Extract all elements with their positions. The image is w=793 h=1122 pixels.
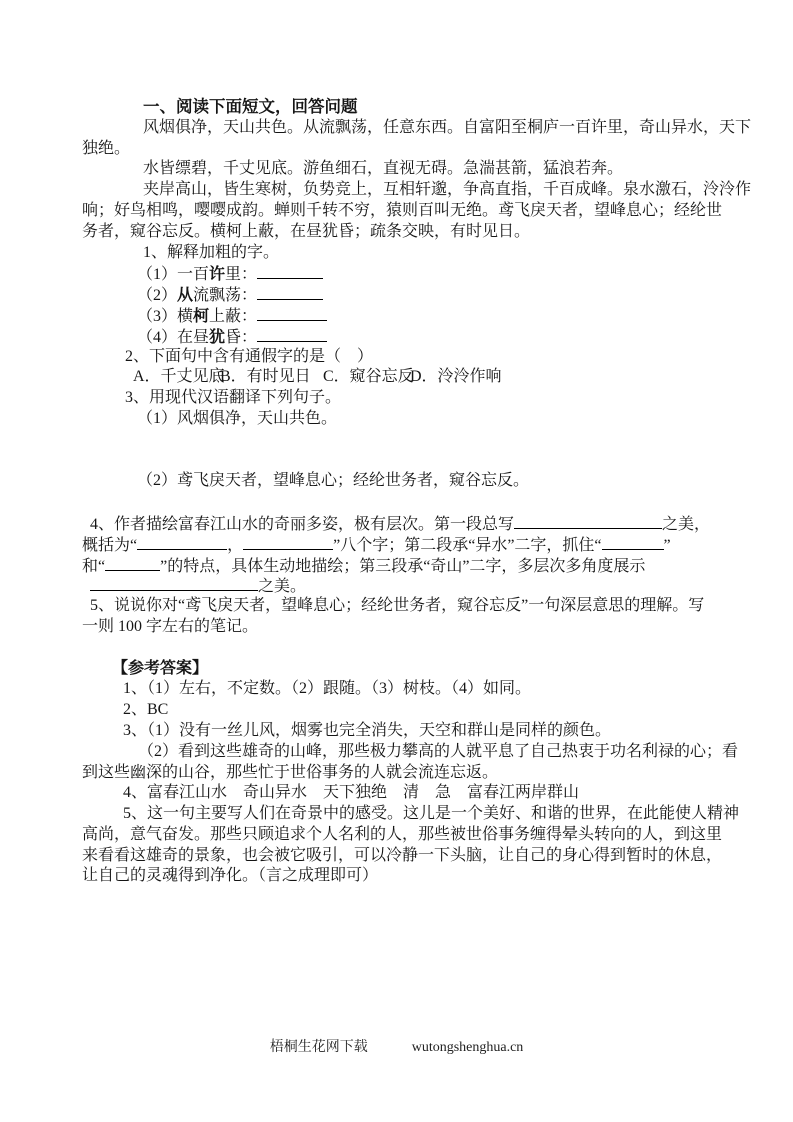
question-4-line: 之美。: [90, 575, 722, 596]
text-run: 4、作者描绘富春江山水的奇丽多姿，极有层次。第一段总写: [90, 516, 514, 533]
text-run: （1）一百: [137, 266, 209, 283]
answer-line: 4、富春江山水 奇山异水 天下独绝 清 急 富春江两岸群山: [123, 783, 722, 804]
fill-in-blank: [105, 555, 160, 571]
question-1-item: （3）横柯上蔽：: [137, 305, 722, 326]
answer-space: [82, 430, 722, 451]
answer-line: 让自己的灵魂得到净化。（言之成理即可）: [82, 866, 722, 887]
answer-space: [82, 451, 722, 472]
answer-line: 来看看这雄奇的景象，也会被它吸引，可以冷静一下头脑，让自己的身心得到暂时的休息，: [82, 846, 722, 867]
answer-line: 到这些幽深的山谷，那些忙于世俗事务的人就会流连忘返。: [82, 763, 722, 784]
text-run: 上蔽：: [209, 308, 257, 325]
passage-line: 水皆缥碧，千丈见底。游鱼细石，直视无碍。急湍甚箭，猛浪若奔。: [143, 159, 722, 180]
question-1-item: （4）在昼犹昏：: [137, 326, 722, 347]
section-heading: 一、阅读下面短文，回答问题: [143, 97, 722, 118]
fill-in-blank: [257, 326, 327, 342]
fill-in-blank: [602, 534, 664, 550]
text-run: 流飘荡：: [193, 287, 257, 304]
worksheet-page: 一、阅读下面短文，回答问题 风烟俱净，天山共色。从流飘荡，任意东西。自富阳至桐庐…: [82, 97, 722, 887]
answer-line: 高尚，意气奋发。那些只顾追求个人名利的人，那些被世俗事务缠得晕头转向的人，到这里: [82, 825, 722, 846]
option-d: D．泠泠作响: [410, 367, 502, 388]
question-3-item-2: （2）鸢飞戾天者，望峰息心；经纶世务者，窥谷忘反。: [137, 471, 722, 492]
text-run: 犹: [209, 329, 225, 346]
question-1-item: （2）从流飘荡：: [137, 284, 722, 305]
footer-site-name: 梧桐生花网下载: [270, 1040, 368, 1055]
passage-line: 响；好鸟相鸣，嘤嘤成韵。蝉则千转不穷，猿则百叫无绝。鸢飞戾天者，望峰息心；经纶世: [82, 201, 722, 222]
question-3-stem: 3、用现代汉语翻译下列句子。: [125, 388, 722, 409]
fill-in-blank: [90, 575, 258, 591]
passage-line: 务者，窥谷忘反。横柯上蔽，在昼犹昏；疏条交映，有时见日。: [82, 222, 722, 243]
text-run: 和“: [82, 558, 105, 575]
blank-line: [82, 638, 722, 659]
text-run: 之美，: [662, 516, 710, 533]
text-run: ”八个字；第二段承“异水”二字，抓住“: [333, 537, 601, 554]
answer-line: 2、BC: [123, 700, 722, 721]
text-run: ”的特点，具体生动地描绘；第三段承“奇山”二字，多层次多角度展示: [160, 558, 645, 575]
answer-key-header: 【参考答案】: [112, 659, 722, 680]
question-4-line: 概括为“，”八个字；第二段承“异水”二字，抓住“”: [82, 534, 722, 555]
fill-in-blank: [257, 305, 327, 321]
passage-line: 风烟俱净，天山共色。从流飘荡，任意东西。自富阳至桐庐一百许里，奇山异水，天下: [143, 118, 722, 139]
page-footer: 梧桐生花网下载wutongshenghua.cn: [0, 1036, 793, 1056]
question-1-item: （1）一百许里：: [137, 263, 722, 284]
text-run: 柯: [193, 308, 209, 325]
fill-in-blank: [243, 534, 333, 550]
fill-in-blank: [514, 513, 662, 529]
question-5-line: 一则 100 字左右的笔记。: [82, 617, 722, 638]
text-run: 里：: [225, 266, 257, 283]
fill-in-blank: [137, 534, 227, 550]
text-run: ，: [227, 537, 243, 554]
option-c: C．窥谷忘反: [323, 367, 414, 388]
text-run: 概括为“: [82, 537, 137, 554]
question-3-item-1: （1）风烟俱净，天山共色。: [137, 409, 722, 430]
text-run: 之美。: [258, 578, 306, 595]
question-1-stem: 1、解释加粗的字。: [143, 243, 722, 264]
text-run: 从: [177, 287, 193, 304]
text-run: ”: [664, 537, 671, 554]
answer-line: 5、这一句主要写人们在奇景中的感受。这儿是一个美好、和谐的世界，在此能使人精神: [123, 804, 722, 825]
answer-space: [82, 492, 722, 513]
question-4-line: 4、作者描绘富春江山水的奇丽多姿，极有层次。第一段总写之美，: [90, 513, 722, 534]
text-run: （2）: [137, 287, 177, 304]
passage-line: 独绝。: [82, 139, 722, 160]
question-4-line: 和“”的特点，具体生动地描绘；第三段承“奇山”二字，多层次多角度展示: [82, 555, 722, 576]
question-2-options: A．千丈见底 B．有时见日 C．窥谷忘反 D．泠泠作响: [82, 367, 722, 388]
option-a: A．千丈见底: [133, 367, 225, 388]
answer-line: 1、（1）左右，不定数。（2）跟随。（3）树枝。（4）如同。: [123, 679, 722, 700]
fill-in-blank: [257, 284, 323, 300]
answer-line: 3、（1）没有一丝儿风，烟雾也完全消失，天空和群山是同样的颜色。: [123, 721, 722, 742]
footer-site-url: wutongshenghua.cn: [412, 1040, 524, 1055]
text-run: （3）横: [137, 308, 193, 325]
text-run: （4）在昼: [137, 329, 209, 346]
text-run: 许: [209, 266, 225, 283]
question-2-stem: 2、下面句中含有通假字的是（ ）: [125, 347, 722, 368]
option-b: B．有时见日: [220, 367, 311, 388]
answer-line: （2）看到这些雄奇的山峰，那些极力攀高的人就平息了自己热衷于功名利禄的心；看: [138, 742, 722, 763]
passage-line: 夹岸高山，皆生寒树，负势竞上，互相轩邈，争高直指，千百成峰。泉水激石，泠泠作: [143, 180, 722, 201]
text-run: 昏：: [225, 329, 257, 346]
fill-in-blank: [257, 263, 323, 279]
question-5-line: 5、说说你对“鸢飞戾天者，望峰息心；经纶世务者，窥谷忘反”一句深层意思的理解。写: [90, 596, 722, 617]
